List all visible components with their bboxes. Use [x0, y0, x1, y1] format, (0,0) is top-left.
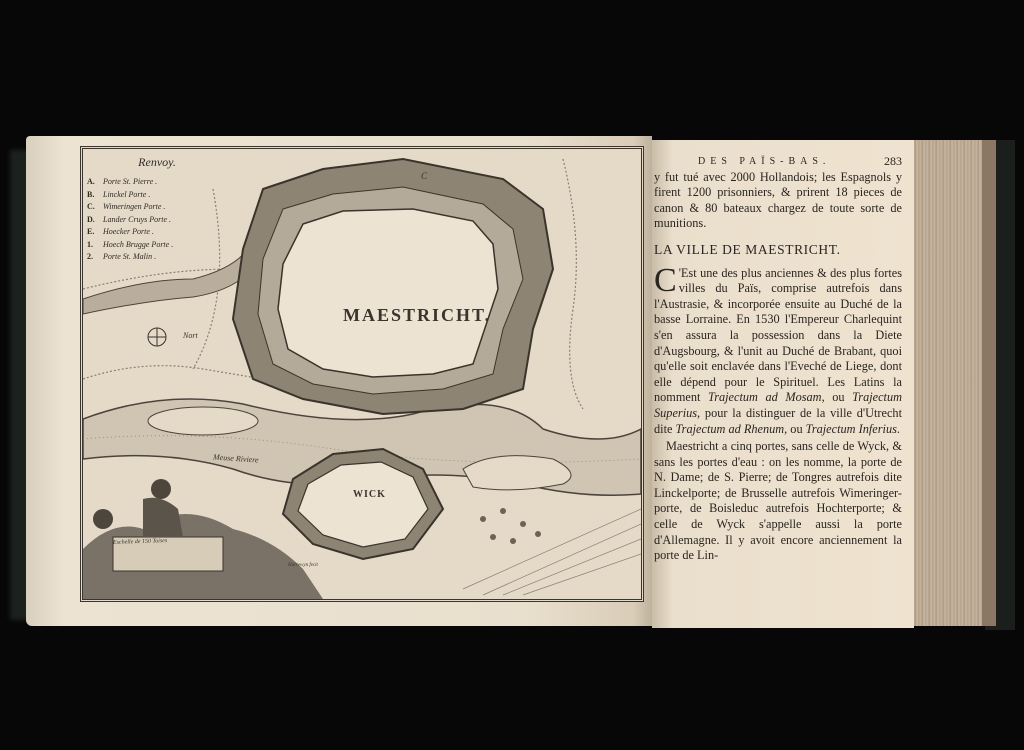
- legend-item: C.Wimeringen Porte .: [87, 201, 227, 214]
- legend-item: E.Hoecker Porte .: [87, 226, 227, 239]
- paragraph-1: C'Est une des plus anciennes & des plus …: [654, 266, 902, 438]
- running-head-title: DES PAÏS-BAS.: [698, 154, 830, 170]
- latin-name-1: Trajectum ad Mosam: [708, 390, 822, 404]
- paragraph-1-end: .: [897, 422, 900, 436]
- section-title: LA VILLE DE MAESTRICHT.: [654, 242, 902, 258]
- legend-item: A.Porte St. Pierre .: [87, 176, 227, 189]
- paragraph-1-mid1: , ou: [822, 390, 853, 404]
- legend-title: Renvoy.: [87, 155, 227, 170]
- legend-label: Porte St. Malin .: [103, 252, 156, 261]
- legend-key: C.: [87, 201, 103, 214]
- legend-label: Hoecker Porte .: [103, 227, 154, 236]
- running-head: DES PAÏS-BAS. 283: [654, 154, 902, 170]
- paragraph-2: Maestricht a cinq portes, sans celle de …: [654, 439, 902, 564]
- paragraph-1-text: 'Est une des plus anciennes & des plus f…: [654, 266, 902, 405]
- legend-label: Wimeringen Porte .: [103, 202, 165, 211]
- legend-label: Hoech Brugge Porte .: [103, 240, 173, 249]
- map-legend: Renvoy. A.Porte St. Pierre . B.Linckel P…: [87, 153, 227, 264]
- legend-key: E.: [87, 226, 103, 239]
- legend-key: A.: [87, 176, 103, 189]
- intro-paragraph: y fut tué avec 2000 Hollandois; les Espa…: [654, 170, 902, 232]
- legend-key: 1.: [87, 239, 103, 252]
- wick-label: WICK: [353, 489, 386, 500]
- legend-key: 2.: [87, 251, 103, 264]
- dropcap: C: [654, 268, 677, 294]
- legend-label: Linckel Porte .: [103, 190, 150, 199]
- map-engraving: Renvoy. A.Porte St. Pierre . B.Linckel P…: [80, 146, 644, 602]
- latin-name-3: Trajectum ad Rhenum: [676, 422, 785, 436]
- paragraph-1-mid3: , ou: [784, 422, 806, 436]
- legend-label: Lander Cruys Porte .: [103, 215, 171, 224]
- legend-item: 2.Porte St. Malin .: [87, 251, 227, 264]
- book-fore-edge: [912, 140, 996, 626]
- engraver-label: Harrewyn fecit: [288, 563, 318, 568]
- gate-c-label: C: [421, 171, 427, 181]
- north-label: Nort: [183, 331, 198, 340]
- page-number: 283: [884, 154, 902, 170]
- text-column: DES PAÏS-BAS. 283 y fut tué avec 2000 Ho…: [654, 154, 902, 564]
- legend-item: 1.Hoech Brugge Porte .: [87, 239, 227, 252]
- legend-item: D.Lander Cruys Porte .: [87, 214, 227, 227]
- legend-key: D.: [87, 214, 103, 227]
- legend-key: B.: [87, 189, 103, 202]
- legend-label: Porte St. Pierre .: [103, 177, 157, 186]
- latin-name-4: Trajectum Inferius: [806, 422, 897, 436]
- legend-item: B.Linckel Porte .: [87, 189, 227, 202]
- city-label: MAESTRICHT.: [343, 305, 491, 326]
